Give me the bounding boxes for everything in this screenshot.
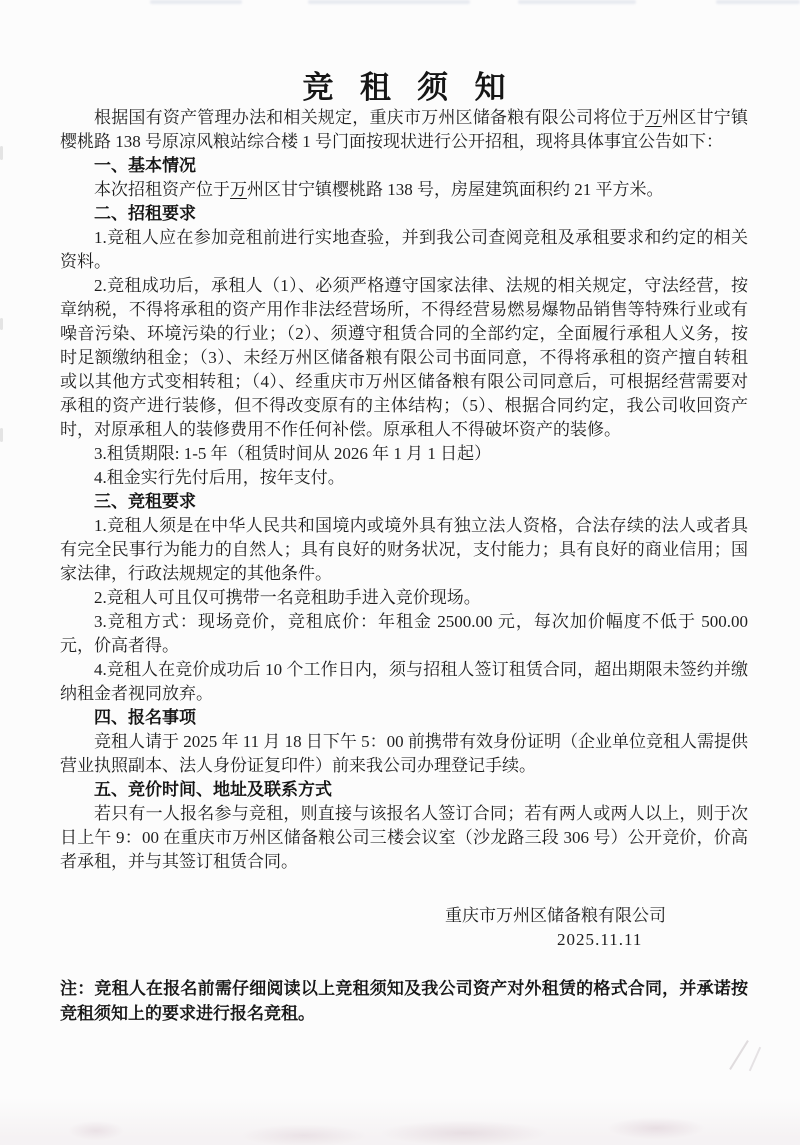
section-3-item-1: 1.竞租人须是在中华人民共和国境内或境外具有独立法人资格，合法存续的法人或者具有… (60, 514, 748, 586)
document-page: 竞 租 须 知 根据国有资产管理办法和相关规定，重庆市万州区储备粮有限公司将位于… (0, 0, 800, 1145)
section-3-heading: 三、竞租要求 (60, 490, 748, 514)
section-3-item-4: 4.竞租人在竞价成功后 10 个工作日内，须与招租人签订租赁合同，超出期限未签约… (60, 658, 748, 706)
scan-artifact-left-3 (0, 428, 3, 442)
section-1-body: 本次招租资产位于万州区甘宁镇樱桃路 138 号，房屋建筑面积约 21 平方米。 (60, 178, 748, 202)
scan-artifact-top-3 (518, 0, 636, 4)
section-1-text-2: 州区甘宁镇樱桃路 138 号，房屋建筑面积约 21 平方米。 (247, 180, 664, 199)
intro-text-1: 根据国有资产管理办法和相关规定，重庆市万州区储备粮有限公司将位于 (94, 108, 645, 127)
section-4-item-1: 竞租人请于 2025 年 11 月 18 日下午 5：00 前携带有效身份证明（… (60, 730, 748, 778)
section-2-heading: 二、招租要求 (60, 202, 748, 226)
intro-paragraph: 根据国有资产管理办法和相关规定，重庆市万州区储备粮有限公司将位于万州区甘宁镇樱桃… (60, 106, 748, 154)
section-3-item-3: 3.竞租方式：现场竞价，竞租底价：年租金 2500.00 元，每次加价幅度不低于… (60, 610, 748, 658)
section-1-heading: 一、基本情况 (60, 154, 748, 178)
scan-artifact-top-2 (308, 0, 470, 4)
scan-artifact-scratch-2 (749, 1047, 761, 1072)
underlined-char: 万 (230, 180, 247, 199)
underlined-char: 万 (645, 108, 662, 127)
scan-artifact-left-1 (0, 146, 3, 160)
document-title: 竞 租 须 知 (60, 70, 748, 106)
section-5-heading: 五、竞价时间、地址及联系方式 (60, 778, 748, 802)
section-5-item-1: 若只有一人报名参与竞租，则直接与该报名人签订合同；若有两人或两人以上，则于次日上… (60, 802, 748, 874)
signature-company: 重庆市万州区储备粮有限公司 (60, 904, 748, 928)
footnote: 注：竞租人在报名前需仔细阅读以上竞租须知及我公司资产对外租赁的格式合同，并承诺按… (60, 976, 748, 1026)
scan-artifact-scratch-1 (729, 1040, 749, 1070)
signature-block: 重庆市万州区储备粮有限公司 2025.11.11 (60, 904, 748, 952)
section-3-item-2: 2.竞租人可且仅可携带一名竞租助手进入竞价现场。 (60, 586, 748, 610)
section-1-text-1: 本次招租资产位于 (94, 180, 230, 199)
scan-artifact-top-4 (716, 0, 800, 4)
scan-artifact-left-2 (0, 318, 3, 330)
section-2-item-1: 1.竞租人应在参加竞租前进行实地查验，并到我公司查阅竞租及承租要求和约定的相关资… (60, 226, 748, 274)
section-4-heading: 四、报名事项 (60, 706, 748, 730)
section-2-item-4: 4.租金实行先付后用，按年支付。 (60, 466, 748, 490)
section-2-item-2: 2.竞租成功后，承租人（1）、必须严格遵守国家法律、法规的相关规定，守法经营，按… (60, 274, 748, 442)
section-2-item-3: 3.租赁期限: 1-5 年（租赁时间从 2026 年 1 月 1 日起） (60, 442, 748, 466)
scan-artifact-bottom-mottle (0, 1097, 800, 1145)
scan-artifact-top-1 (150, 0, 242, 4)
signature-date: 2025.11.11 (60, 928, 748, 952)
